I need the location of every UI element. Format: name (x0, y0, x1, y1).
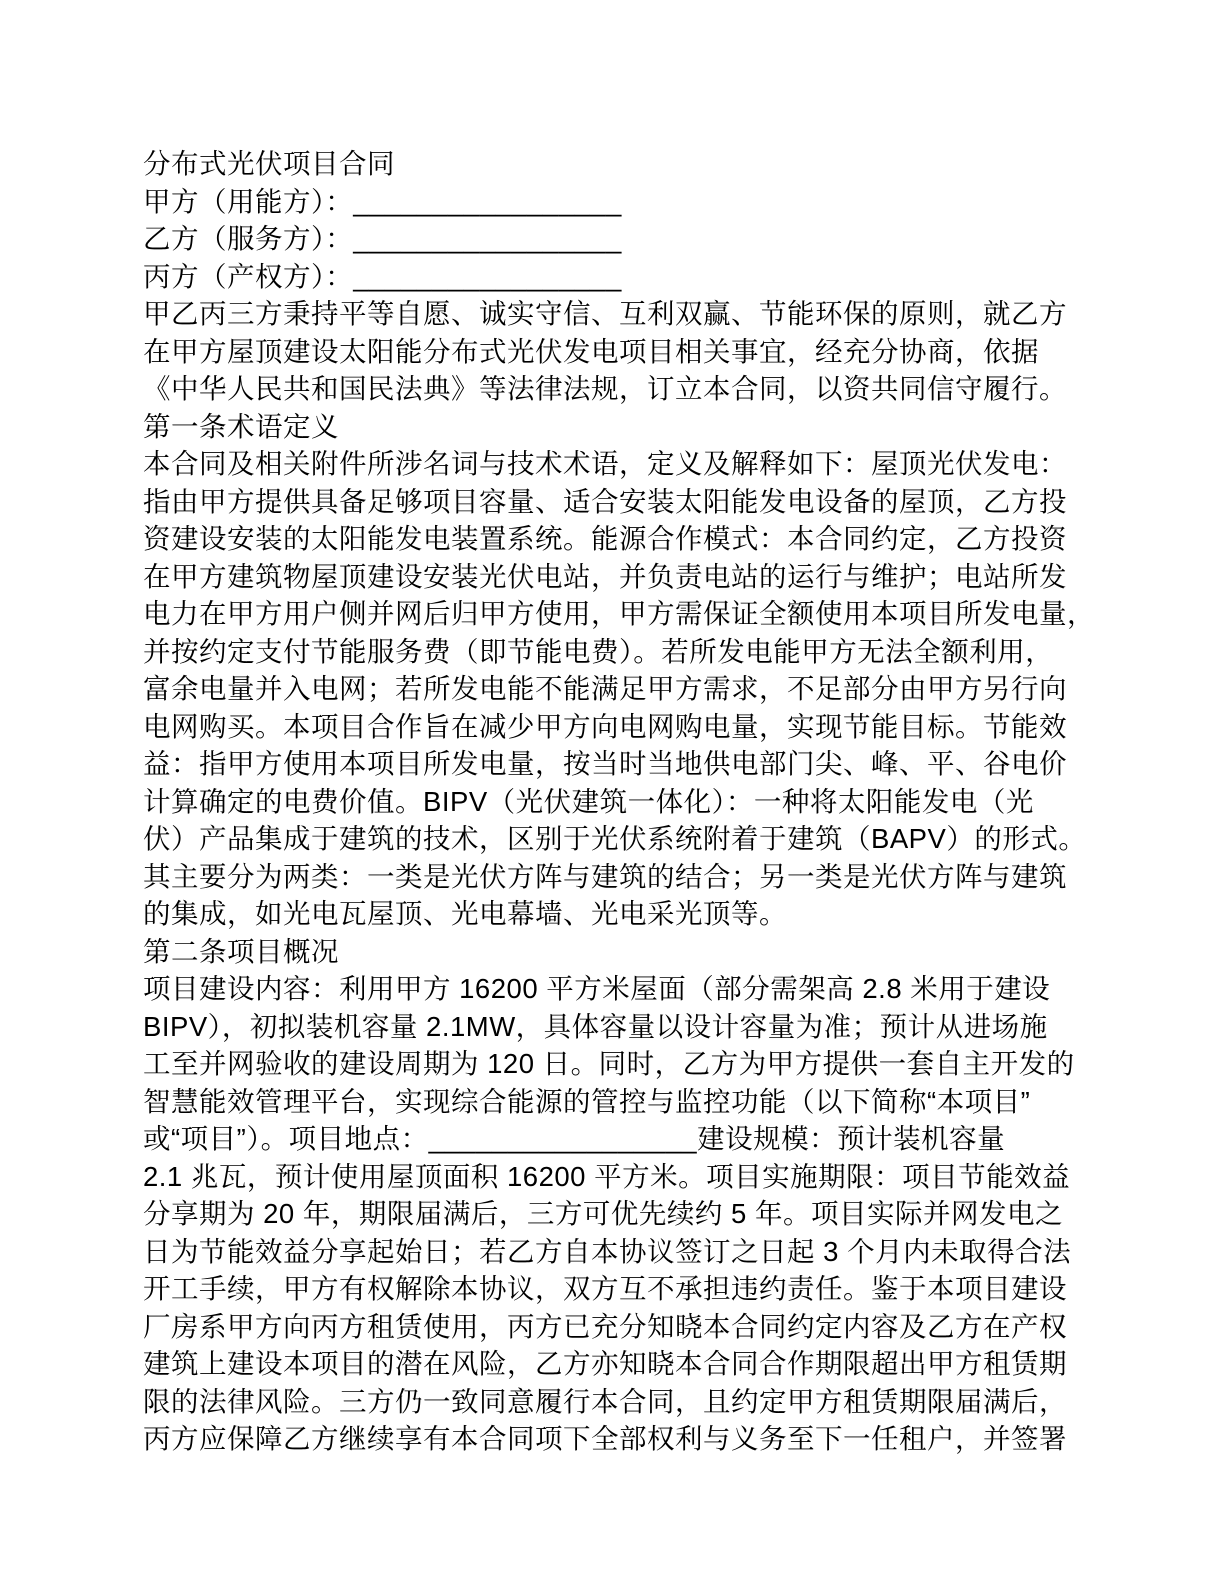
section-2-body-line: 日为节能效益分享起始日；若乙方自本协议签订之日起 3 个月内未取得合法 (143, 1233, 1114, 1271)
section-1-body-line: 在甲方建筑物屋顶建设安装光伏电站，并负责电站的运行与维护；电站所发 (143, 558, 1114, 596)
contract-document-page: 分布式光伏项目合同 甲方（用能方）：_________________乙方（服务… (0, 0, 1224, 1584)
section-1-body-line: 伏）产品集成于建筑的技术，区别于光伏系统附着于建筑（BAPV）的形式。 (143, 820, 1114, 858)
section-1-body-line: 资建设安装的太阳能发电装置系统。能源合作模式：本合同约定，乙方投资 (143, 520, 1114, 558)
section-2-body-line: 项目建设内容：利用甲方 16200 平方米屋面（部分需架高 2.8 米用于建设 (143, 970, 1114, 1008)
section-2-body-line: 丙方应保障乙方继续享有本合同项下全部权利与义务至下一任租户，并签署 (143, 1420, 1114, 1458)
section-1-body-line: 益：指甲方使用本项目所发电量，按当时当地供电部门尖、峰、平、谷电价 (143, 745, 1114, 783)
section-2-body-line: 厂房系甲方向丙方租赁使用，丙方已充分知晓本合同约定内容及乙方在产权 (143, 1308, 1114, 1346)
section-1-body-line: 计算确定的电费价值。BIPV（光伏建筑一体化）：一种将太阳能发电（光 (143, 783, 1114, 821)
section-1-body-line: 并按约定支付节能服务费（即节能电费）。若所发电能甲方无法全额利用， (143, 633, 1114, 671)
preamble-line: 在甲方屋顶建设太阳能分布式光伏发电项目相关事宜，经充分协商，依据 (143, 333, 1114, 371)
section-2-body-line: 2.1 兆瓦，预计使用屋顶面积 16200 平方米。项目实施期限：项目节能效益 (143, 1158, 1114, 1196)
section-1-body-line: 电力在甲方用户侧并网后归甲方使用，甲方需保证全额使用本项目所发电量， (143, 595, 1114, 633)
section-1-body-line: 电网购买。本项目合作旨在减少甲方向电网购电量，实现节能目标。节能效 (143, 708, 1114, 746)
section-2-heading: 第二条项目概况 (143, 933, 1114, 971)
section-2-body-line: 智慧能效管理平台，实现综合能源的管控与监控功能（以下简称“本项目” (143, 1083, 1114, 1121)
preamble-line: 甲乙丙三方秉持平等自愿、诚实守信、互利双赢、节能环保的原则，就乙方 (143, 295, 1114, 333)
section-2-body-line: 或“项目”）。项目地点：_________________建设规模：预计装机容量 (143, 1120, 1114, 1158)
section-2-body-line: 工至并网验收的建设周期为 120 日。同时，乙方为甲方提供一套自主开发的 (143, 1045, 1114, 1083)
section-2-body-line: 建筑上建设本项目的潜在风险，乙方亦知晓本合同合作期限超出甲方租赁期 (143, 1345, 1114, 1383)
party-lines-block: 甲方（用能方）：_________________乙方（服务方）：_______… (143, 183, 1114, 296)
section-1-heading: 第一条术语定义 (143, 408, 1114, 446)
preamble-line: 《中华人民共和国民法典》等法律法规，订立本合同，以资共同信守履行。 (143, 370, 1114, 408)
preamble-block: 甲乙丙三方秉持平等自愿、诚实守信、互利双赢、节能环保的原则，就乙方在甲方屋顶建设… (143, 295, 1114, 408)
section-2-body-line: 限的法律风险。三方仍一致同意履行本合同，且约定甲方租赁期限届满后， (143, 1383, 1114, 1421)
section-2-body-line: BIPV），初拟装机容量 2.1MW，具体容量以设计容量为准；预计从进场施 (143, 1008, 1114, 1046)
party-line: 甲方（用能方）：_________________ (143, 183, 1114, 221)
section-2-body-line: 开工手续，甲方有权解除本协议，双方互不承担违约责任。鉴于本项目建设 (143, 1270, 1114, 1308)
section-1-body-line: 指由甲方提供具备足够项目容量、适合安装太阳能发电设备的屋顶，乙方投 (143, 483, 1114, 521)
page-title: 分布式光伏项目合同 (143, 145, 1114, 183)
section-1-body-line: 其主要分为两类：一类是光伏方阵与建筑的结合；另一类是光伏方阵与建筑 (143, 858, 1114, 896)
section-1-body: 本合同及相关附件所涉名词与技术术语，定义及解释如下：屋顶光伏发电：指由甲方提供具… (143, 445, 1114, 933)
section-1-body-line: 富余电量并入电网；若所发电能不能满足甲方需求，不足部分由甲方另行向 (143, 670, 1114, 708)
section-1-body-line: 的集成，如光电瓦屋顶、光电幕墙、光电采光顶等。 (143, 895, 1114, 933)
party-line: 丙方（产权方）：_________________ (143, 258, 1114, 296)
party-line: 乙方（服务方）：_________________ (143, 220, 1114, 258)
section-2-body: 项目建设内容：利用甲方 16200 平方米屋面（部分需架高 2.8 米用于建设B… (143, 970, 1114, 1458)
section-1-body-line: 本合同及相关附件所涉名词与技术术语，定义及解释如下：屋顶光伏发电： (143, 445, 1114, 483)
section-2-body-line: 分享期为 20 年，期限届满后，三方可优先续约 5 年。项目实际并网发电之 (143, 1195, 1114, 1233)
